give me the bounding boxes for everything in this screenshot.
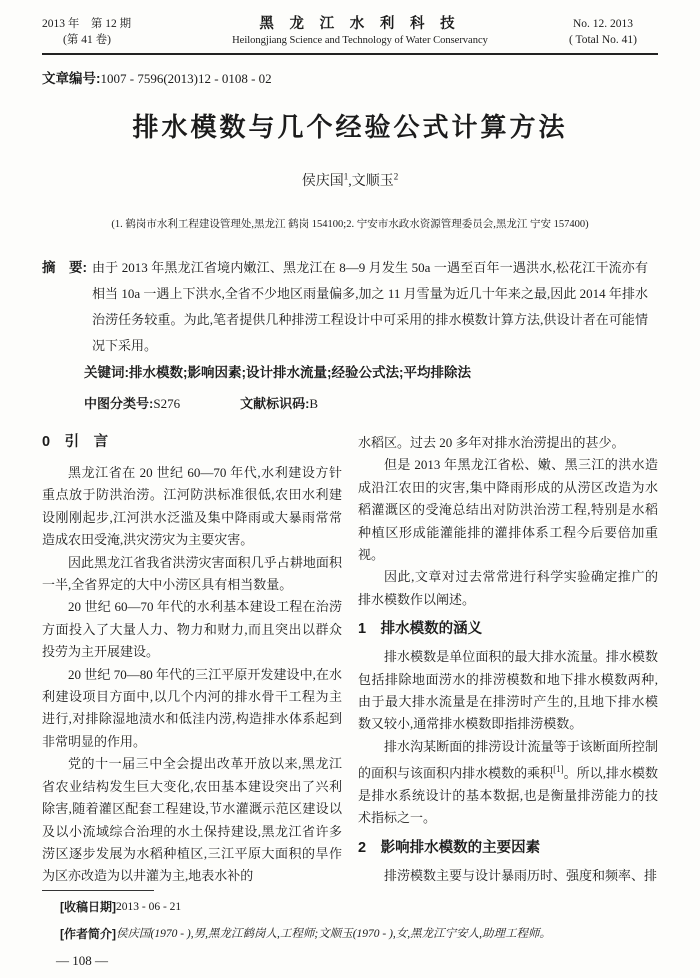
article-id-line: 文章编号:1007 - 7596(2013)12 - 0108 - 02 bbox=[42, 67, 658, 87]
body-paragraph: 20 世纪 60—70 年代的水利基本建设工程在治涝方面投入了大量人力、物力和财… bbox=[42, 596, 342, 663]
volume-number: (第 41 卷) bbox=[42, 32, 132, 48]
keywords-label: 关键词: bbox=[84, 365, 129, 380]
body-paragraph: 黑龙江省在 20 世纪 60—70 年代,水利建设方针重点放于防洪治涝。江河防洪… bbox=[42, 462, 342, 552]
keywords-line: 关键词:排水模数;影响因素;设计排水流量;经验公式法;平均排除法 bbox=[84, 361, 658, 385]
body-paragraph: 排涝模数主要与设计暴雨历时、强度和频率、排 bbox=[358, 865, 658, 887]
journal-page: 2013 年 第 12 期 (第 41 卷) 黑 龙 江 水 利 科 技 Hei… bbox=[0, 0, 700, 978]
received-date-label: [收稿日期] bbox=[60, 896, 116, 918]
journal-name-en: Heilongjiang Science and Technology of W… bbox=[172, 33, 548, 49]
page-title: 排水模数与几个经验公式计算方法 bbox=[42, 107, 658, 144]
header-row: 2013 年 第 12 期 (第 41 卷) 黑 龙 江 水 利 科 技 Hei… bbox=[42, 16, 658, 49]
received-date-line: [收稿日期] 2013 - 06 - 21 bbox=[60, 896, 658, 918]
affiliation-line: (1. 鹤岗市水利工程建设管理处,黑龙江 鹤岗 154100;2. 宁安市水政水… bbox=[42, 216, 658, 231]
abstract-block: 摘 要: 由于 2013 年黑龙江省境内嫩江、黑龙江在 8—9 月发生 50a … bbox=[42, 255, 658, 359]
doc-code-value: B bbox=[309, 396, 318, 411]
abstract-text: 由于 2013 年黑龙江省境内嫩江、黑龙江在 8—9 月发生 50a 一遇至百年… bbox=[92, 255, 648, 359]
body-paragraph: 党的十一届三中全会提出改革开放以来,黑龙江省农业结构发生巨大变化,农田基本建设突… bbox=[42, 753, 342, 887]
body-paragraph: 排水模数是单位面积的最大排水流量。排水模数包括排除地面涝水的排涝模数和地下排水模… bbox=[358, 646, 658, 736]
clc-value: S276 bbox=[153, 396, 180, 411]
classification-line: 中图分类号:S276文献标识码:B bbox=[84, 393, 658, 412]
body-paragraph: 因此黑龙江省我省洪涝灾害面积几乎占耕地面积一半,全省界定的大中小涝区具有相当数量… bbox=[42, 552, 342, 597]
journal-name-block: 黑 龙 江 水 利 科 技 Heilongjiang Science and T… bbox=[172, 16, 548, 49]
body-paragraph-continuation: 水稻区。过去 20 多年对排水治涝提出的甚少。 bbox=[358, 432, 658, 454]
article-id-value: 1007 - 7596(2013)12 - 0108 - 02 bbox=[101, 71, 272, 86]
keywords-text: 排水模数;影响因素;设计排水流量;经验公式法;平均排除法 bbox=[129, 365, 471, 380]
body-paragraph-with-citation: 排水沟某断面的排涝设计流量等于该断面所控制的面积与该面积内排水模数的乘积[1]。… bbox=[358, 736, 658, 830]
footnote-block: [收稿日期] 2013 - 06 - 21 [作者简介] 侯庆国(1970 - … bbox=[42, 890, 658, 945]
header-divider bbox=[42, 53, 658, 55]
issue-info-en: No. 12. 2013 ( Total No. 41) bbox=[548, 16, 658, 48]
doc-code-label: 文献标识码: bbox=[240, 396, 309, 411]
section-heading-1: 1 排水模数的涵义 bbox=[358, 619, 658, 639]
body-paragraph: 因此,文章对过去常常进行科学实验确定推广的排水模数作以阐述。 bbox=[358, 566, 658, 611]
section-heading-2: 2 影响排水模数的主要因素 bbox=[358, 838, 658, 858]
author-bio-value: 侯庆国(1970 - ),男,黑龙江鹤岗人,工程师;文顺玉(1970 - ),女… bbox=[116, 923, 658, 945]
author-line: 侯庆国1,文顺玉2 bbox=[42, 170, 658, 190]
issue-no-en: No. 12. 2013 bbox=[548, 16, 658, 32]
author-affil-mark: 2 bbox=[394, 171, 399, 181]
body-paragraph: 但是 2013 年黑龙江省松、嫩、黑三江的洪水造成沿江农田的灾害,集中降雨形成的… bbox=[358, 454, 658, 566]
journal-header: 2013 年 第 12 期 (第 41 卷) 黑 龙 江 水 利 科 技 Hei… bbox=[42, 16, 658, 55]
issue-info: 2013 年 第 12 期 (第 41 卷) bbox=[42, 16, 172, 48]
right-column: 水稻区。过去 20 多年对排水治涝提出的甚少。 但是 2013 年黑龙江省松、嫩… bbox=[358, 432, 658, 888]
author-name: 文顺玉 bbox=[352, 174, 394, 189]
section-heading-intro: 0 引 言 bbox=[42, 432, 342, 452]
abstract-label: 摘 要: bbox=[42, 255, 92, 359]
body-paragraph: 20 世纪 70—80 年代的三江平原开发建设中,在水利建设项目方面中,以几个内… bbox=[42, 664, 342, 754]
citation-mark: [1] bbox=[553, 764, 564, 774]
article-id-label: 文章编号: bbox=[42, 71, 101, 86]
body-columns: 0 引 言 黑龙江省在 20 世纪 60—70 年代,水利建设方针重点放于防洪治… bbox=[42, 432, 658, 888]
received-date-value: 2013 - 06 - 21 bbox=[116, 896, 658, 918]
left-column: 0 引 言 黑龙江省在 20 世纪 60—70 年代,水利建设方针重点放于防洪治… bbox=[42, 432, 342, 888]
footnote-divider bbox=[42, 890, 154, 891]
clc-label: 中图分类号: bbox=[84, 396, 153, 411]
author-name: 侯庆国 bbox=[302, 174, 344, 189]
author-bio-line: [作者简介] 侯庆国(1970 - ),男,黑龙江鹤岗人,工程师;文顺玉(197… bbox=[60, 923, 658, 945]
author-bio-label: [作者简介] bbox=[60, 923, 116, 945]
journal-name-cn: 黑 龙 江 水 利 科 技 bbox=[172, 16, 548, 32]
total-no-en: ( Total No. 41) bbox=[548, 32, 658, 48]
issue-year-number: 2013 年 第 12 期 bbox=[42, 16, 172, 32]
page-number: — 108 — bbox=[56, 953, 658, 969]
